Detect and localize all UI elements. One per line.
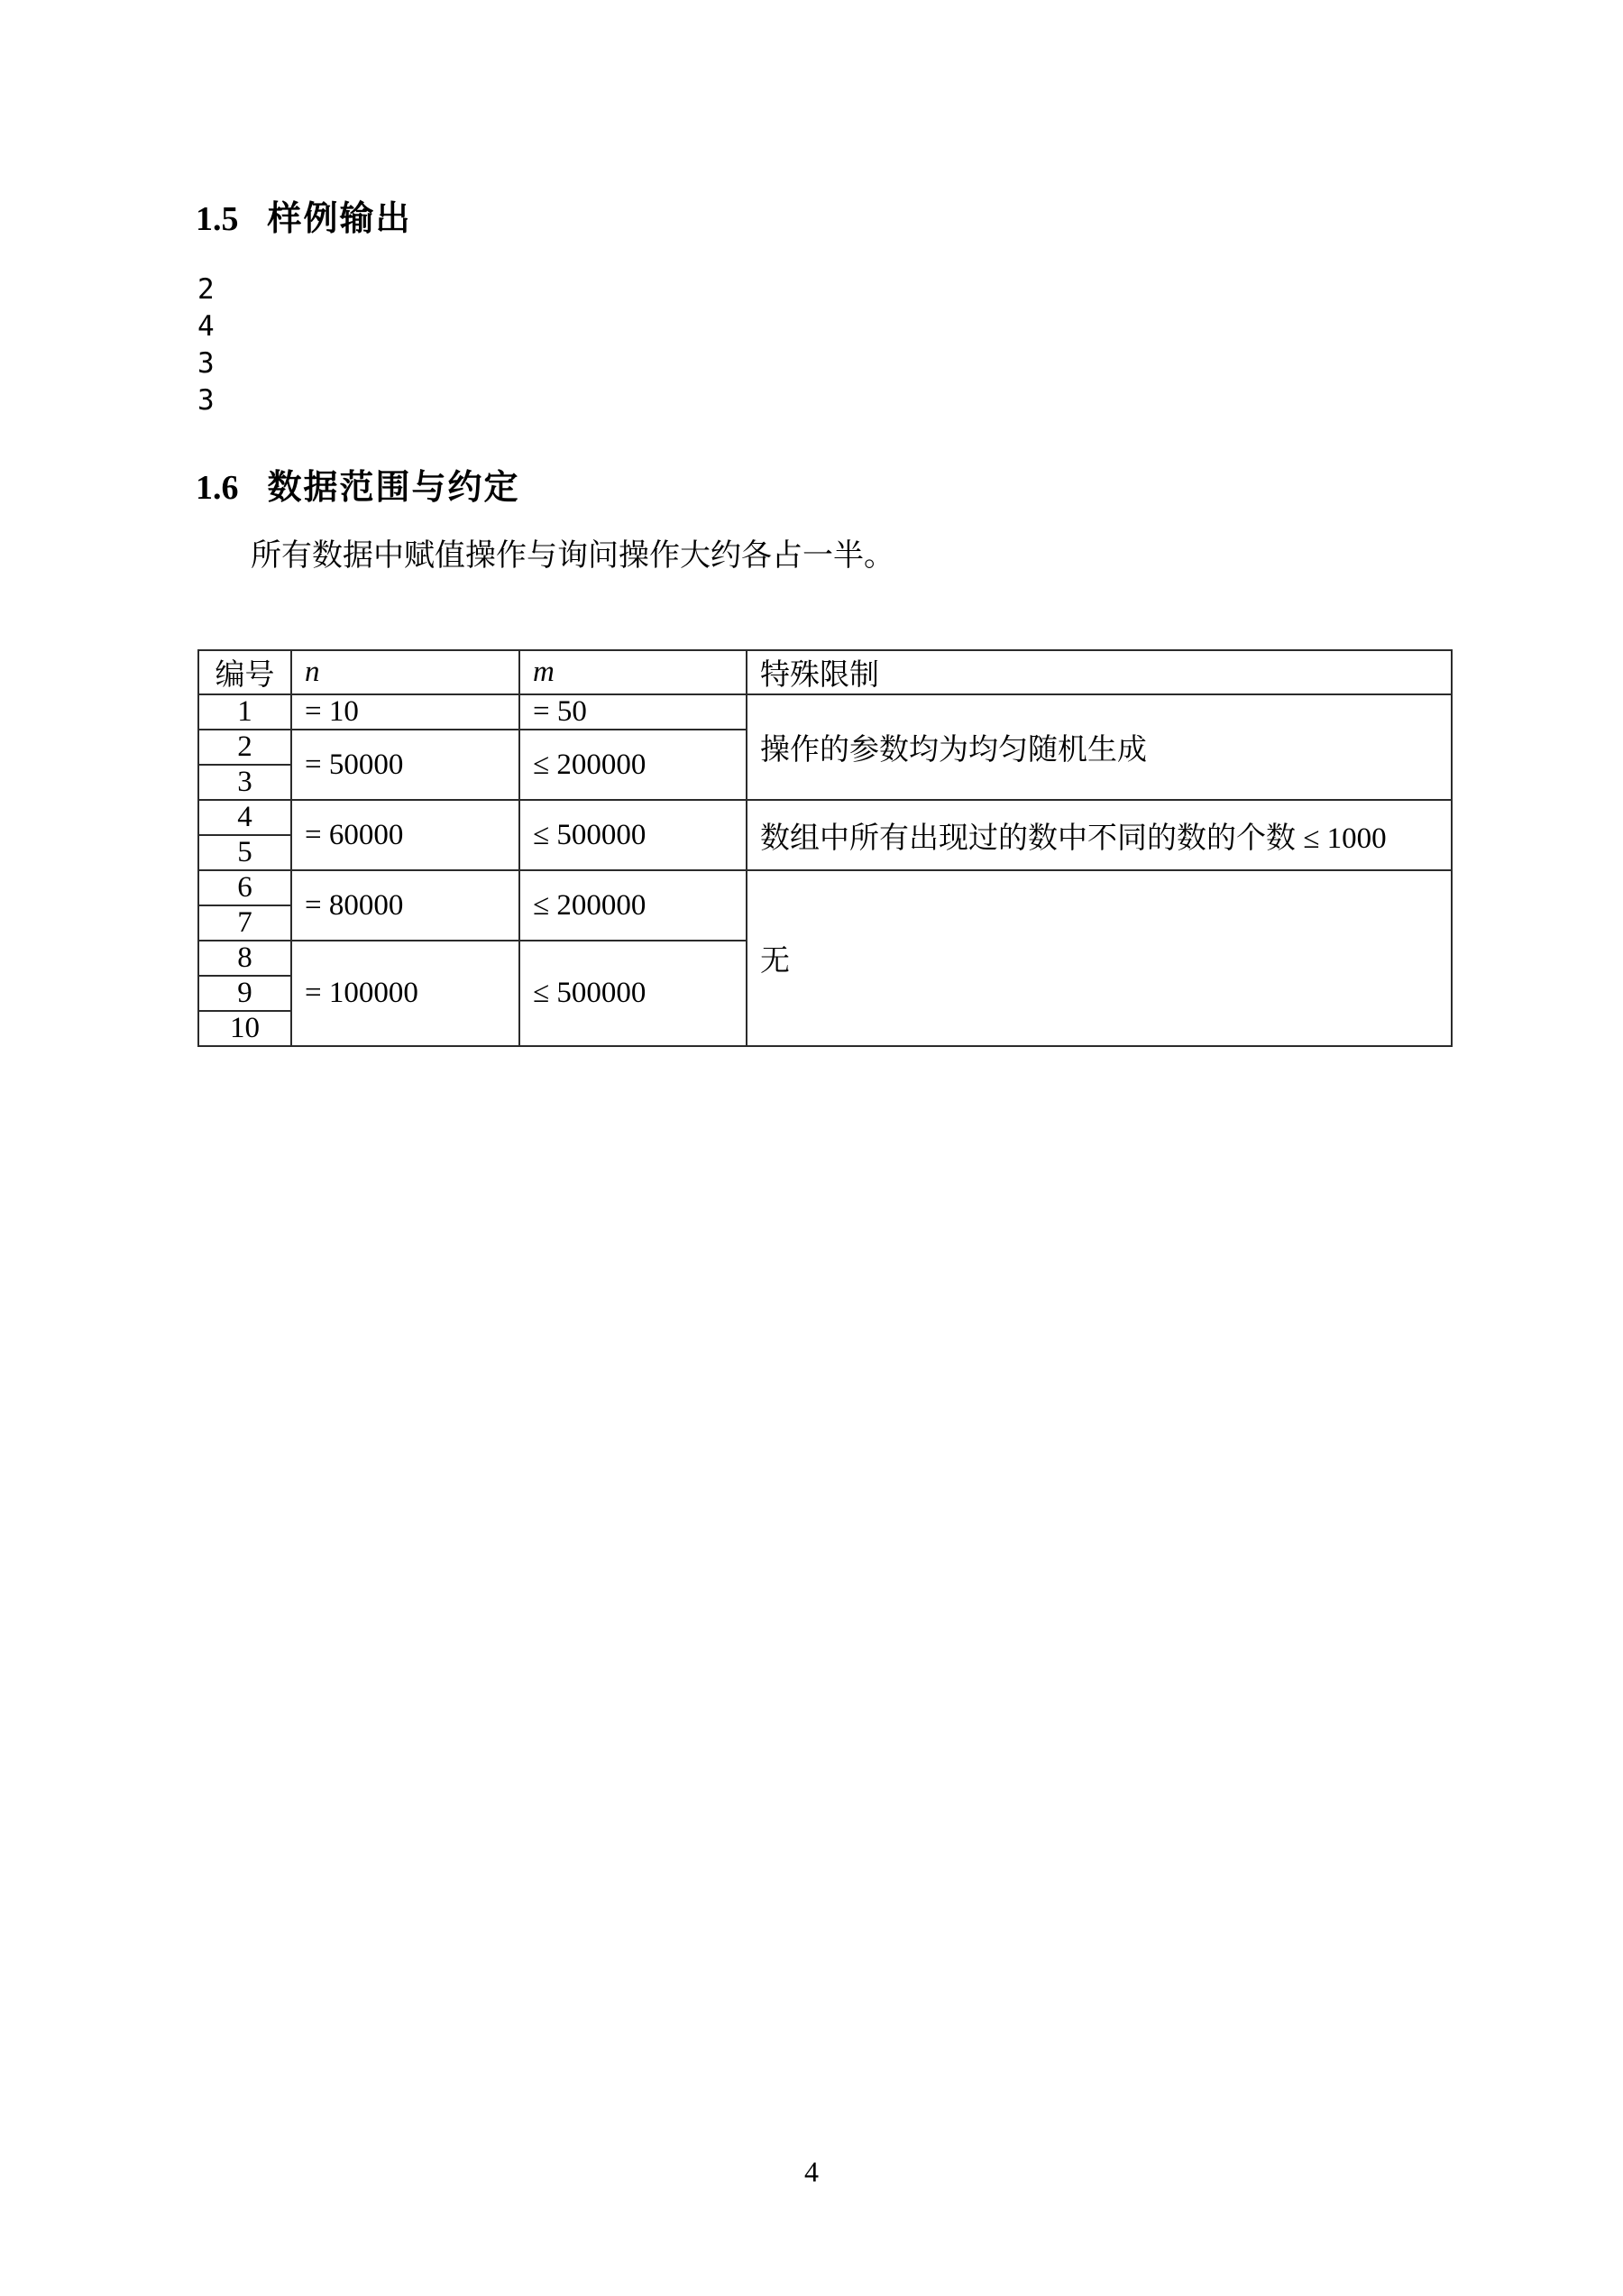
cell-id: 6 [198,870,291,905]
cell-id: 10 [198,1011,291,1046]
table-row: 1 = 10 = 50 操作的参数均为均匀随机生成 [198,694,1452,730]
column-header-n: n [291,650,519,694]
cell-id: 8 [198,941,291,976]
cell-n: = 100000 [291,941,519,1046]
cell-id: 5 [198,835,291,870]
cell-id: 4 [198,800,291,835]
intro-paragraph: 所有数据中赋值操作与询问操作大约各占一半。 [251,538,894,575]
cell-constraint: 操作的参数均为均匀随机生成 [747,694,1452,800]
cell-n: = 60000 [291,800,519,870]
sample-output-line: 3 [197,382,215,419]
cell-n: = 80000 [291,870,519,941]
constraints-table: 编号 n m 特殊限制 1 = 10 = 50 操作的参数均为均匀随机生成 2 … [197,649,1453,1047]
cell-m: ≤ 500000 [519,800,747,870]
section-title-1-5: 样例输出 [268,200,412,238]
document-page: 1.5样例输出 2 4 3 3 1.6数据范围与约定 所有数据中赋值操作与询问操… [0,0,1623,2296]
cell-n: = 10 [291,694,519,730]
sample-output-line: 3 [197,345,215,382]
section-heading-1-5: 1.5样例输出 [196,202,412,236]
table-row: 4 = 60000 ≤ 500000 数组中所有出现过的数中不同的数的个数 ≤ … [198,800,1452,835]
sample-output-block: 2 4 3 3 [197,271,215,419]
table-header-row: 编号 n m 特殊限制 [198,650,1452,694]
cell-m: ≤ 200000 [519,870,747,941]
cell-id: 9 [198,976,291,1011]
cell-id: 1 [198,694,291,730]
section-heading-1-6: 1.6数据范围与约定 [196,471,520,505]
section-number-1-6: 1.6 [196,469,239,507]
section-title-1-6: 数据范围与约定 [268,469,520,507]
page-number: 4 [0,2155,1623,2189]
cell-id: 3 [198,765,291,800]
column-header-constraint: 特殊限制 [747,650,1452,694]
cell-m: ≤ 200000 [519,730,747,800]
sample-output-line: 2 [197,271,215,308]
table-row: 6 = 80000 ≤ 200000 无 [198,870,1452,905]
cell-id: 2 [198,730,291,765]
cell-n: = 50000 [291,730,519,800]
cell-id: 7 [198,905,291,941]
section-number-1-5: 1.5 [196,200,239,238]
cell-constraint: 无 [747,870,1452,1046]
sample-output-line: 4 [197,308,215,345]
cell-m: = 50 [519,694,747,730]
column-header-m: m [519,650,747,694]
column-header-id: 编号 [198,650,291,694]
cell-m: ≤ 500000 [519,941,747,1046]
cell-constraint: 数组中所有出现过的数中不同的数的个数 ≤ 1000 [747,800,1452,870]
